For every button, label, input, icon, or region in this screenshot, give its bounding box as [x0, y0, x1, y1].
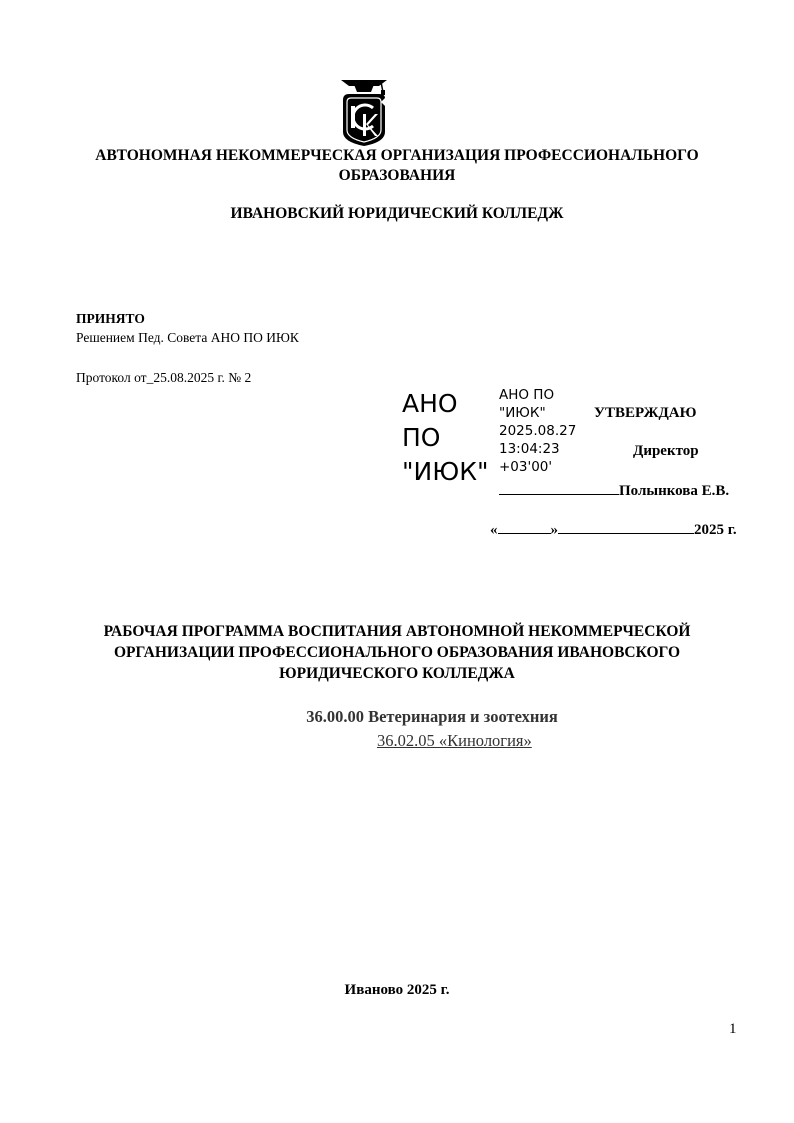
approver-name: Полынкова Е.В.	[619, 483, 729, 499]
organization-name-line2: ОБРАЗОВАНИЯ	[0, 167, 794, 185]
signature-name-line: "ИЮК"	[402, 455, 488, 489]
approval-role: Директор	[633, 443, 699, 460]
program-title-line: РАБОЧАЯ ПРОГРАММА ВОСПИТАНИЯ АВТОНОМНОЙ …	[0, 621, 794, 642]
specialty-group: 36.00.00 Ветеринария и зоотехния	[0, 707, 794, 727]
approval-signature-line: Полынкова Е.В.	[499, 480, 729, 500]
accepted-title: ПРИНЯТО	[76, 311, 145, 327]
approval-year: 2025 г.	[694, 522, 737, 538]
day-blank	[498, 519, 551, 534]
signature-date: 2025.08.27	[499, 422, 576, 440]
digital-signature-details: АНО ПО "ИЮК" 2025.08.27 13:04:23 +03'00'	[499, 386, 576, 476]
page-number: 1	[729, 1021, 737, 1038]
month-blank	[558, 519, 694, 534]
approval-date-line: «»2025 г.	[490, 519, 737, 539]
signature-time: 13:04:23	[499, 440, 576, 458]
specialty: 36.02.05 «Кинология»	[377, 731, 532, 751]
program-title-line: ОРГАНИЗАЦИИ ПРОФЕССИОНАЛЬНОГО ОБРАЗОВАНИ…	[0, 642, 794, 663]
signature-name-line: ПО	[402, 421, 488, 455]
college-logo-icon	[337, 72, 391, 148]
date-open-quote: «	[490, 522, 498, 538]
city-year: Иваново 2025 г.	[0, 982, 794, 999]
accepted-protocol: Протокол от_25.08.2025 г. № 2	[76, 370, 251, 386]
accepted-decision: Решением Пед. Совета АНО ПО ИЮК	[76, 330, 299, 346]
organization-name-line1: АВТОНОМНАЯ НЕКОММЕРЧЕСКАЯ ОРГАНИЗАЦИЯ ПР…	[0, 147, 794, 165]
signature-name-line: АНО	[402, 387, 488, 421]
digital-signature-name: АНО ПО "ИЮК"	[402, 387, 488, 489]
approval-title: УТВЕРЖДАЮ	[594, 405, 697, 422]
program-title: РАБОЧАЯ ПРОГРАММА ВОСПИТАНИЯ АВТОНОМНОЙ …	[0, 621, 794, 684]
signature-detail-line: АНО ПО	[499, 386, 576, 404]
signature-detail-line: "ИЮК"	[499, 404, 576, 422]
signature-timezone: +03'00'	[499, 458, 576, 476]
college-name: ИВАНОВСКИЙ ЮРИДИЧЕСКИЙ КОЛЛЕДЖ	[0, 205, 794, 223]
date-close-quote: »	[551, 522, 559, 538]
signature-blank	[499, 480, 619, 495]
program-title-line: ЮРИДИЧЕСКОГО КОЛЛЕДЖА	[0, 663, 794, 684]
